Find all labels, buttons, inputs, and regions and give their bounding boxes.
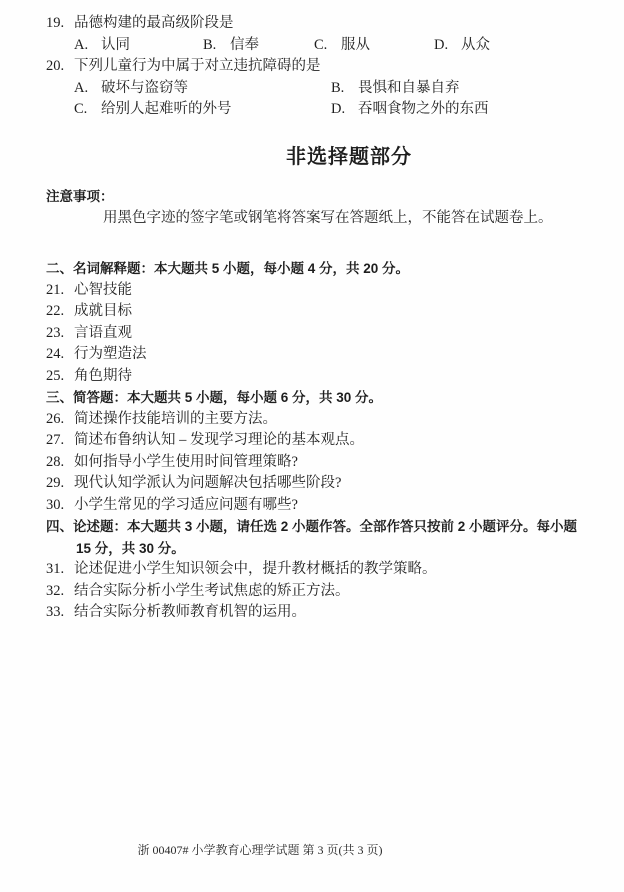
list-item: 29. 现代认知学派认为问题解决包括哪些阶段? [46, 473, 592, 495]
item-text: 结合实际分析教师教育机智的运用。 [74, 602, 592, 624]
list-item: 22. 成就目标 [46, 301, 592, 323]
exam-paper-page: 19. 品德构建的最高级阶段是 A.认同 B.信奉 C.服从 D.从众 20. … [0, 0, 624, 892]
item-text: 心智技能 [74, 280, 592, 302]
option: D.吞咽食物之外的东西 [331, 99, 608, 121]
list-item: 24. 行为塑造法 [46, 344, 592, 366]
option-label: C. [74, 99, 101, 121]
option-text: 畏惧和自暴自弃 [358, 80, 460, 96]
page-footer: 浙 00407# 小学教育心理学试题 第 3 页(共 3 页) [0, 843, 520, 858]
item-text: 简述操作技能培训的主要方法。 [74, 409, 592, 431]
option-label: C. [314, 35, 341, 57]
list-item: 21. 心智技能 [46, 280, 592, 302]
option: B.信奉 [203, 35, 314, 57]
notice-block: 注意事项： 用黑色字迹的签字笔或钢笔将答案写在答题纸上，不能答在试题卷上。 [46, 187, 608, 228]
question-row: 19. 品德构建的最高级阶段是 [46, 13, 608, 35]
item-text: 角色期待 [74, 366, 592, 388]
question-row: 20. 下列儿童行为中属于对立违抗障碍的是 [46, 56, 608, 78]
list-item: 25. 角色期待 [46, 366, 592, 388]
option: C.服从 [314, 35, 434, 57]
section-header: 二、名词解释题：本大题共 5 小题，每小题 4 分，共 20 分。 [46, 258, 592, 280]
question-number: 19. [46, 13, 74, 35]
item-number: 30. [46, 495, 74, 517]
option-text: 信奉 [230, 37, 259, 53]
item-number: 21. [46, 280, 74, 302]
options-row: C.给别人起难听的外号 D.吞咽食物之外的东西 [46, 99, 608, 121]
option-label: D. [331, 99, 358, 121]
option-label: B. [203, 35, 230, 57]
option: B.畏惧和自暴自弃 [331, 78, 608, 100]
option-text: 破坏与盗窃等 [101, 80, 188, 96]
options-row: A.认同 B.信奉 C.服从 D.从众 [46, 35, 608, 57]
item-text: 结合实际分析小学生考试焦虑的矫正方法。 [74, 581, 592, 603]
option: A.破坏与盗窃等 [74, 78, 331, 100]
multiple-choice-block: 19. 品德构建的最高级阶段是 A.认同 B.信奉 C.服从 D.从众 20. … [46, 13, 608, 121]
item-text: 论述促进小学生知识领会中，提升教材概括的教学策略。 [74, 559, 592, 581]
options-row: A.破坏与盗窃等 B.畏惧和自暴自弃 [46, 78, 608, 100]
list-item: 26. 简述操作技能培训的主要方法。 [46, 409, 592, 431]
item-number: 26. [46, 409, 74, 431]
list-item: 27. 简述布鲁纳认知 – 发现学习理论的基本观点。 [46, 430, 592, 452]
item-text: 如何指导小学生使用时间管理策略? [74, 452, 592, 474]
item-text: 行为塑造法 [74, 344, 592, 366]
section-header: 四、论述题：本大题共 3 小题，请任选 2 小题作答。全部作答只按前 2 小题评… [46, 516, 592, 559]
option-text: 给别人起难听的外号 [101, 101, 232, 117]
list-item: 28. 如何指导小学生使用时间管理策略? [46, 452, 592, 474]
question-text: 品德构建的最高级阶段是 [74, 13, 608, 35]
item-number: 28. [46, 452, 74, 474]
option-label: B. [331, 78, 358, 100]
item-number: 27. [46, 430, 74, 452]
item-text: 现代认知学派认为问题解决包括哪些阶段? [74, 473, 592, 495]
item-number: 29. [46, 473, 74, 495]
option-label: D. [434, 35, 461, 57]
item-number: 24. [46, 344, 74, 366]
sections-block: 二、名词解释题：本大题共 5 小题，每小题 4 分，共 20 分。 21. 心智… [46, 258, 592, 624]
option-text: 认同 [101, 37, 130, 53]
option: D.从众 [434, 35, 608, 57]
list-item: 33. 结合实际分析教师教育机智的运用。 [46, 602, 592, 624]
option-text: 服从 [341, 37, 370, 53]
option: C.给别人起难听的外号 [74, 99, 331, 121]
option-label: A. [74, 35, 101, 57]
notice-heading: 注意事项： [46, 187, 608, 208]
section-header: 三、简答题：本大题共 5 小题，每小题 6 分，共 30 分。 [46, 387, 592, 409]
item-text: 言语直观 [74, 323, 592, 345]
part-title-wrap: 非选择题部分 [0, 144, 624, 170]
item-number: 22. [46, 301, 74, 323]
option: A.认同 [74, 35, 203, 57]
item-number: 31. [46, 559, 74, 581]
list-item: 32. 结合实际分析小学生考试焦虑的矫正方法。 [46, 581, 592, 603]
item-number: 23. [46, 323, 74, 345]
item-number: 33. [46, 602, 74, 624]
option-label: A. [74, 78, 101, 100]
question-text: 下列儿童行为中属于对立违抗障碍的是 [74, 56, 608, 78]
list-item: 30. 小学生常见的学习适应问题有哪些? [46, 495, 592, 517]
part-title: 非选择题部分 [286, 146, 412, 168]
list-item: 23. 言语直观 [46, 323, 592, 345]
option-text: 吞咽食物之外的东西 [358, 101, 489, 117]
notice-body: 用黑色字迹的签字笔或钢笔将答案写在答题纸上，不能答在试题卷上。 [46, 208, 608, 229]
item-number: 32. [46, 581, 74, 603]
item-text: 小学生常见的学习适应问题有哪些? [74, 495, 592, 517]
item-text: 成就目标 [74, 301, 592, 323]
item-number: 25. [46, 366, 74, 388]
question-number: 20. [46, 56, 74, 78]
list-item: 31. 论述促进小学生知识领会中，提升教材概括的教学策略。 [46, 559, 592, 581]
option-text: 从众 [461, 37, 490, 53]
item-text: 简述布鲁纳认知 – 发现学习理论的基本观点。 [74, 430, 592, 452]
